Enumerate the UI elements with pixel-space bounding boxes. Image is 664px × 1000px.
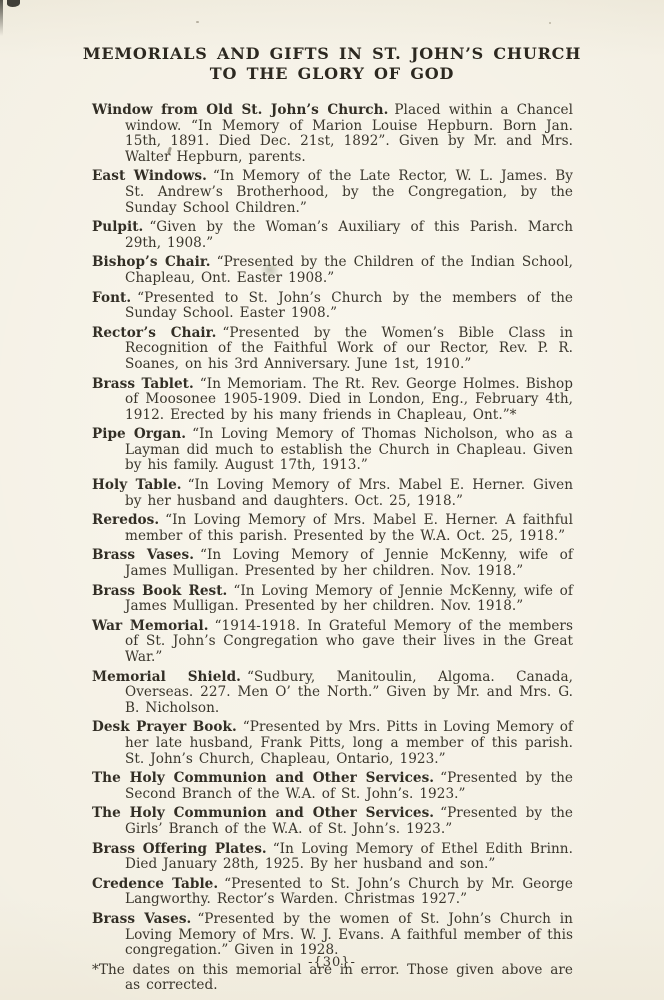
memorial-entry: Font.“Presented to St. John’s Church by … bbox=[92, 291, 573, 322]
memorial-entry: Brass Tablet.“In Memoriam. The Rt. Rev. … bbox=[92, 377, 573, 424]
memorial-entry: Reredos.“In Loving Memory of Mrs. Mabel … bbox=[92, 513, 573, 544]
memorial-entry: War Memorial.“1914-1918. In Grateful Mem… bbox=[92, 619, 573, 666]
memorial-entry: Brass Vases.“Presented by the women of S… bbox=[92, 912, 573, 959]
entry-term: Pipe Organ. bbox=[92, 426, 192, 442]
scanned-book-page: MEMORIALS AND GIFTS IN ST. JOHN’S CHURCH… bbox=[0, 0, 664, 1000]
entry-term: Font. bbox=[92, 290, 137, 306]
entry-term: Brass Tablet. bbox=[92, 376, 200, 392]
entry-term: Reredos. bbox=[92, 512, 165, 528]
entry-text: “In Loving Memory of Mrs. Mabel E. Herne… bbox=[125, 512, 573, 544]
entry-term: Brass Vases. bbox=[92, 547, 200, 563]
entry-text: “In Loving Memory of Thomas Nicholson, w… bbox=[125, 426, 573, 473]
entry-term: Bishop’s Chair. bbox=[92, 254, 217, 270]
memorial-entry: Brass Book Rest.“In Loving Memory of Jen… bbox=[92, 584, 573, 615]
entry-term: The Holy Communion and Other Services. bbox=[92, 770, 440, 786]
entry-text: “Given by the Woman’s Auxiliary of this … bbox=[125, 219, 573, 251]
memorial-entry: Brass Vases.“In Loving Memory of Jennie … bbox=[92, 548, 573, 579]
entry-term: Credence Table. bbox=[92, 876, 224, 892]
memorial-entry: Pulpit.“Given by the Woman’s Auxiliary o… bbox=[92, 220, 573, 251]
memorial-entry: Credence Table.“Presented to St. John’s … bbox=[92, 877, 573, 908]
memorial-entry: Brass Offering Plates.“In Loving Memory … bbox=[92, 842, 573, 873]
page-title-line-1: MEMORIALS AND GIFTS IN ST. JOHN’S CHURCH bbox=[0, 44, 664, 64]
page-number: -{30}- bbox=[0, 955, 664, 970]
memorial-entry: The Holy Communion and Other Services.“P… bbox=[92, 771, 573, 802]
entry-term: Desk Prayer Book. bbox=[92, 719, 243, 735]
entry-term: War Memorial. bbox=[92, 618, 215, 634]
entry-term: Rector’s Chair. bbox=[92, 325, 222, 341]
page-header: MEMORIALS AND GIFTS IN ST. JOHN’S CHURCH… bbox=[0, 0, 664, 84]
memorial-entry: Pipe Organ.“In Loving Memory of Thomas N… bbox=[92, 427, 573, 474]
memorial-entry: Desk Prayer Book.“Presented by Mrs. Pitt… bbox=[92, 720, 573, 767]
entry-term: Window from Old St. John’s Church. bbox=[92, 102, 394, 118]
memorial-entry: Window from Old St. John’s Church.Placed… bbox=[92, 103, 573, 165]
entry-term: Holy Table. bbox=[92, 477, 188, 493]
memorial-entry: Holy Table.“In Loving Memory of Mrs. Mab… bbox=[92, 478, 573, 509]
memorial-entry: Rector’s Chair.“Presented by the Women’s… bbox=[92, 326, 573, 373]
entry-term: Brass Offering Plates. bbox=[92, 841, 273, 857]
entry-text: “Presented to St. John’s Church by the m… bbox=[125, 290, 573, 322]
entry-text: “In Loving Memory of Mrs. Mabel E. Herne… bbox=[125, 477, 573, 509]
entry-term: Pulpit. bbox=[92, 219, 149, 235]
entry-term: East Windows. bbox=[92, 168, 213, 184]
entry-term: The Holy Communion and Other Services. bbox=[92, 805, 440, 821]
entry-term: Brass Book Rest. bbox=[92, 583, 233, 599]
memorial-entry: East Windows.“In Memory of the Late Rect… bbox=[92, 169, 573, 216]
memorial-entry: The Holy Communion and Other Services.“P… bbox=[92, 806, 573, 837]
memorial-entry: Memorial Shield.“Sudbury, Manitoulin, Al… bbox=[92, 670, 573, 717]
page-title-line-2: TO THE GLORY OF GOD bbox=[0, 64, 664, 84]
entry-term: Memorial Shield. bbox=[92, 669, 247, 685]
memorial-entries-list: Window from Old St. John’s Church.Placed… bbox=[92, 103, 573, 994]
entry-term: Brass Vases. bbox=[92, 911, 197, 927]
memorial-entry: Bishop’s Chair.“Presented by the Childre… bbox=[92, 255, 573, 286]
